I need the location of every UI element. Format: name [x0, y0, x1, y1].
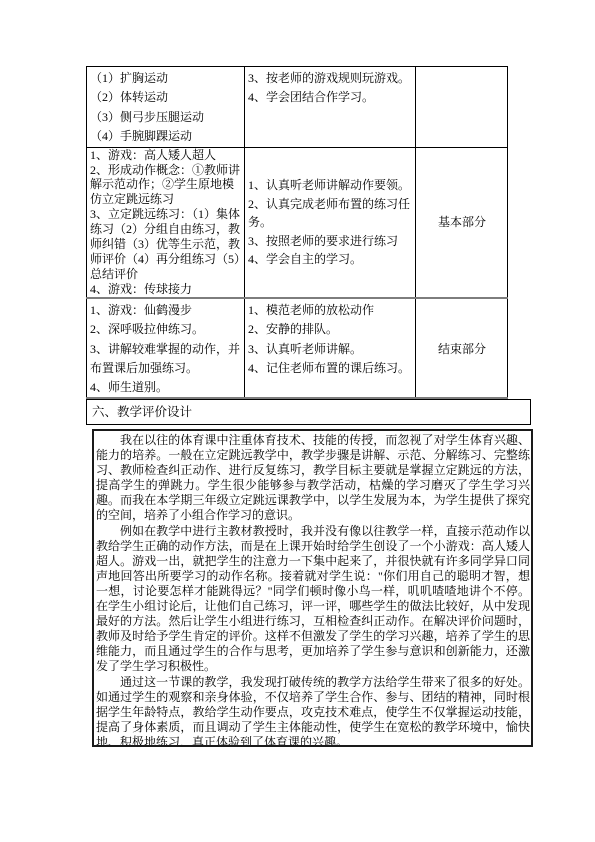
lesson-part-cell	[416, 67, 508, 148]
teacher-activity-cell: 1、游戏：高人矮人超人2、形成动作概念：①教师讲解示范动作；②学生原地模仿立定跳…	[87, 147, 245, 298]
table-row: （1）扩胸运动（2）体转运动（3）侧弓步压腿运动（4）手腕脚踝运动 3、按老师的…	[87, 67, 508, 148]
teacher-activity-cell: （1）扩胸运动（2）体转运动（3）侧弓步压腿运动（4）手腕脚踝运动	[87, 67, 245, 148]
evaluation-box: 我在以往的体育课中注重体育技术、技能的传授，而忽视了对学生体育兴趣、能力的培养。…	[92, 429, 533, 747]
evaluation-paragraph: 通过这一节课的教学，我发现打破传统的教学方法给学生带来了很多的好处。如通过学生的…	[96, 675, 530, 748]
section-title-row: 六、教学评价设计	[86, 399, 531, 425]
lesson-part-cell: 基本部分	[416, 147, 508, 298]
student-activity-cell: 1、模范老师的放松动作2、安静的排队。3、认真听老师讲解。4、记住老师布置的课后…	[245, 298, 416, 398]
evaluation-paragraph: 例如在教学中进行主教材教授时，我并没有像以往教学一样，直接示范动作以教给学生正确…	[96, 524, 530, 675]
evaluation-paragraph: 我在以往的体育课中注重体育技术、技能的传授，而忽视了对学生体育兴趣、能力的培养。…	[96, 433, 530, 524]
table-row: 1、游戏：高人矮人超人2、形成动作概念：①教师讲解示范动作；②学生原地模仿立定跳…	[87, 147, 508, 298]
student-activity-cell: 1、认真听老师讲解动作要领。2、认真完成老师布置的练习任务。3、按照老师的要求进…	[245, 147, 416, 298]
lesson-plan-table: （1）扩胸运动（2）体转运动（3）侧弓步压腿运动（4）手腕脚踝运动 3、按老师的…	[86, 66, 508, 399]
lesson-part-cell: 结束部分	[416, 298, 508, 398]
student-activity-cell: 3、按老师的游戏规则玩游戏。4、学会团结合作学习。	[245, 67, 416, 148]
teacher-activity-cell: 1、游戏：仙鹤漫步2、深呼吸拉伸练习。3、讲解较难掌握的动作，并布置课后加强练习…	[87, 298, 245, 398]
document-page: （1）扩胸运动（2）体转运动（3）侧弓步压腿运动（4）手腕脚踝运动 3、按老师的…	[0, 0, 595, 842]
table-row: 1、游戏：仙鹤漫步2、深呼吸拉伸练习。3、讲解较难掌握的动作，并布置课后加强练习…	[87, 298, 508, 398]
section-title: 六、教学评价设计	[92, 405, 192, 419]
